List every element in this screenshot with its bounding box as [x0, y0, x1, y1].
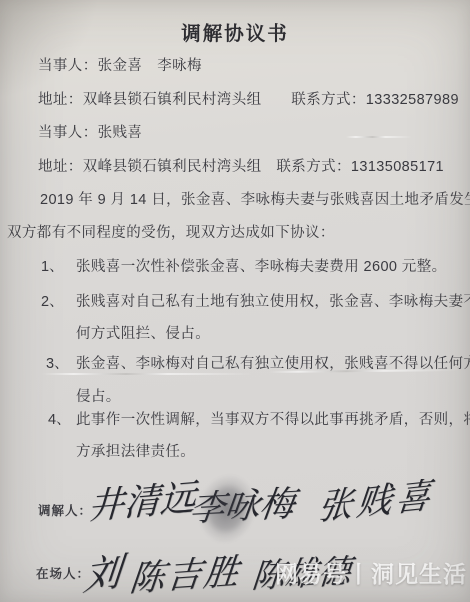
- document-photo: 调解协议书 当事人：张金喜 李咏梅 地址：双峰县锁石镇利民村湾头组 联系方式：1…: [0, 0, 470, 602]
- intro-line-2: 双方都有不同程度的受伤，现双方达成如下协议：: [7, 221, 335, 242]
- party-b-address-line: 地址：双峰县锁石镇利民村湾头组 联系方式：13135085171: [38, 155, 444, 176]
- document-title: 调解协议书: [0, 18, 470, 46]
- clause-4-number: 4、: [48, 408, 71, 429]
- party-b-names-line: 当事人：张贱喜: [38, 121, 142, 142]
- clause-2-number: 2、: [41, 290, 64, 311]
- mediator-label: 调解人：: [38, 501, 92, 519]
- signature-mediator-3: 张贱喜: [316, 467, 438, 530]
- party-a-names-line: 当事人：张金喜 李咏梅: [38, 54, 202, 75]
- clause-2-line-1: 张贱喜对自己私有土地有独立使用权，张金喜、李咏梅夫妻不得以任: [76, 290, 470, 311]
- crease-line: [42, 373, 252, 375]
- photo-corner-shadow: [0, 0, 100, 100]
- clause-3-line-2: 侵占。: [76, 385, 121, 406]
- witness-label: 在场人：: [36, 564, 90, 582]
- party-a-address-line: 地址：双峰县锁石镇利民村湾头组 联系方式：13332587989: [38, 88, 459, 109]
- clause-3-number: 3、: [46, 352, 69, 373]
- crease-line: [346, 136, 412, 138]
- watermark: 网易号丨洞见生活: [275, 556, 467, 589]
- signature-mediator-1: 井清远: [87, 469, 197, 530]
- clause-1-line-1: 张贱喜一次性补偿张金喜、李咏梅夫妻费用 2600 元整。: [76, 255, 447, 276]
- intro-line-1: 2019 年 9 月 14 日，张金喜、李咏梅夫妻与张贱喜因土地矛盾发生打架，: [40, 188, 470, 209]
- clause-4-line-1: 此事作一次性调解，当事双方不得以此事再挑矛盾，否则，将由挑事: [76, 408, 470, 429]
- clause-2-line-2: 何方式阻拦、侵占。: [76, 322, 210, 343]
- signature-witness-1: 刘: [81, 540, 125, 602]
- clause-1-number: 1、: [41, 255, 64, 276]
- clause-4-line-2: 方承担法律责任。: [76, 440, 195, 461]
- signature-witness-2: 陈吉胜: [127, 544, 243, 602]
